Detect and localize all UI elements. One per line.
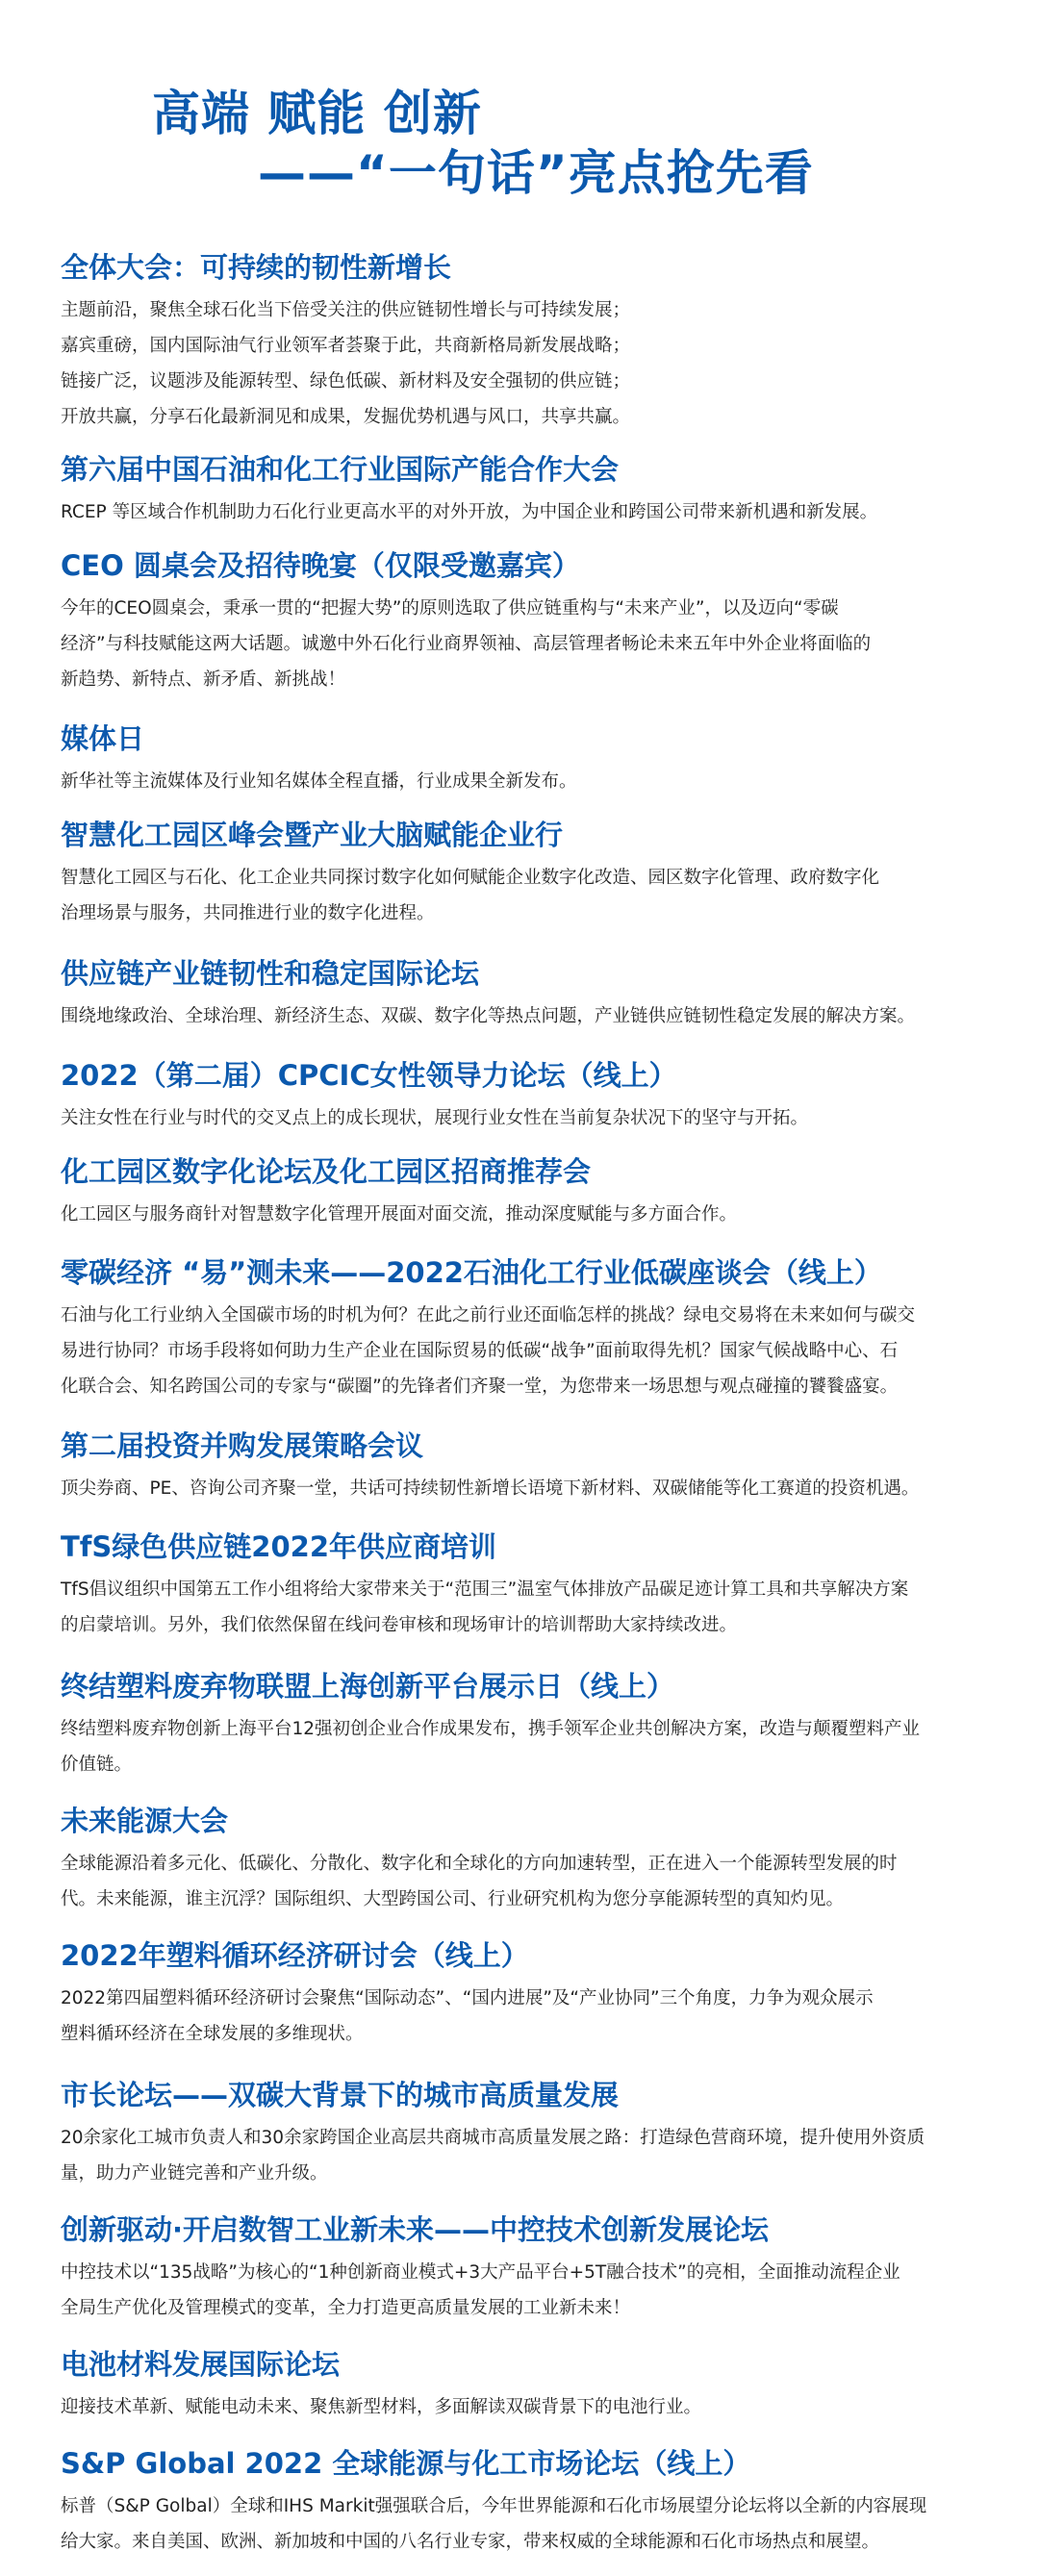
- section-body-line: 全局生产优化及管理模式的变革，全力打造更高质量发展的工业新未来！: [61, 2290, 984, 2326]
- section-body: 标普（S&P Golbal）全球和IHS Markit强强联合后，今年世界能源和…: [61, 2488, 984, 2560]
- section-body-line: 嘉宾重磅，国内国际油气行业领军者荟聚于此，共商新格局新发展战略；: [61, 328, 984, 364]
- section-title: CEO 圆桌会及招待晚宴（仅限受邀嘉宾）: [61, 546, 984, 585]
- section-body: 全球能源沿着多元化、低碳化、分散化、数字化和全球化的方向加速转型，正在进入一个能…: [61, 1846, 984, 1917]
- section-body-line: 代。未来能源，谁主沉浮？国际组织、大型跨国公司、行业研究机构为您分享能源转型的真…: [61, 1881, 984, 1917]
- section-body: 今年的CEO圆桌会，秉承一贯的“把握大势”的原则选取了供应链重构与“未来产业”，…: [61, 591, 984, 697]
- section-title: 2022年塑料循环经济研讨会（线上）: [61, 1936, 984, 1975]
- page-title-line1: 高端 赋能 创新: [152, 85, 482, 142]
- section-body-line: 新华社等主流媒体及行业知名媒体全程直播，行业成果全新发布。: [61, 764, 984, 799]
- page-title-line2: ——“一句话”亮点抢先看: [258, 144, 814, 202]
- section-body: 石油与化工行业纳入全国碳市场的时机为何？在此之前行业还面临怎样的挑战？绿电交易将…: [61, 1298, 984, 1404]
- section: 电池材料发展国际论坛迎接技术革新、赋能电动未来、聚焦新型材料，多面解读双碳背景下…: [61, 2345, 984, 2425]
- section-body-line: 中控技术以“135战略”为核心的“1种创新商业模式+3大产品平台+5T融合技术”…: [61, 2255, 984, 2290]
- section-body: 围绕地缘政治、全球治理、新经济生态、双碳、数字化等热点问题，产业链供应链韧性稳定…: [61, 998, 984, 1034]
- section-body-line: 化工园区与服务商针对智慧数字化管理开展面对面交流，推动深度赋能与多方面合作。: [61, 1197, 984, 1232]
- section-body-line: 化联合会、知名跨国公司的专家与“碳圈”的先锋者们齐聚一堂，为您带来一场思想与观点…: [61, 1369, 984, 1404]
- section-title: 2022（第二届）CPCIC女性领导力论坛（线上）: [61, 1056, 984, 1095]
- section-body-line: 新趋势、新特点、新矛盾、新挑战！: [61, 662, 984, 697]
- section-body-line: 20余家化工城市负责人和30余家跨国企业高层共商城市高质量发展之路：打造绿色营商…: [61, 2120, 984, 2156]
- section: 2022年塑料循环经济研讨会（线上）2022第四届塑料循环经济研讨会聚焦“国际动…: [61, 1936, 984, 2052]
- section-body-line: 今年的CEO圆桌会，秉承一贯的“把握大势”的原则选取了供应链重构与“未来产业”，…: [61, 591, 984, 626]
- section: 创新驱动·开启数智工业新未来——中控技术创新发展论坛中控技术以“135战略”为核…: [61, 2210, 984, 2326]
- section-body-line: 给大家。来自美国、欧洲、新加坡和中国的八名行业专家，带来权威的全球能源和石化市场…: [61, 2524, 984, 2560]
- section-body: 主题前沿，聚焦全球石化当下倍受关注的供应链韧性增长与可持续发展；嘉宾重磅，国内国…: [61, 292, 984, 435]
- section-body-line: 顶尖券商、PE、咨询公司齐聚一堂，共话可持续韧性新增长语境下新材料、双碳储能等化…: [61, 1471, 984, 1506]
- section-body-line: 全球能源沿着多元化、低碳化、分散化、数字化和全球化的方向加速转型，正在进入一个能…: [61, 1846, 984, 1881]
- section-body-line: 链接广泛，议题涉及能源转型、绿色低碳、新材料及安全强韧的供应链；: [61, 364, 984, 399]
- section-body-line: 关注女性在行业与时代的交叉点上的成长现状，展现行业女性在当前复杂状况下的坚守与开…: [61, 1100, 984, 1136]
- section-body: 关注女性在行业与时代的交叉点上的成长现状，展现行业女性在当前复杂状况下的坚守与开…: [61, 1100, 984, 1136]
- section-body-line: 易进行协同？市场手段将如何助力生产企业在国际贸易的低碳“战争”面前取得先机？国家…: [61, 1333, 984, 1369]
- section-body-line: RCEP 等区域合作机制助力石化行业更高水平的对外开放，为中国企业和跨国公司带来…: [61, 494, 984, 530]
- section: 媒体日新华社等主流媒体及行业知名媒体全程直播，行业成果全新发布。: [61, 720, 984, 799]
- section-body: 20余家化工城市负责人和30余家跨国企业高层共商城市高质量发展之路：打造绿色营商…: [61, 2120, 984, 2191]
- section-body: 2022第四届塑料循环经济研讨会聚焦“国际动态”、“国内进展”及“产业协同”三个…: [61, 1981, 984, 2052]
- section: 第二届投资并购发展策略会议顶尖券商、PE、咨询公司齐聚一堂，共话可持续韧性新增长…: [61, 1427, 984, 1506]
- section-body-line: 石油与化工行业纳入全国碳市场的时机为何？在此之前行业还面临怎样的挑战？绿电交易将…: [61, 1298, 984, 1333]
- section-title: 全体大会：可持续的韧性新增长: [61, 248, 984, 287]
- section-body: 中控技术以“135战略”为核心的“1种创新商业模式+3大产品平台+5T融合技术”…: [61, 2255, 984, 2326]
- section-body: 终结塑料废弃物创新上海平台12强初创企业合作成果发布，携手领军企业共创解决方案，…: [61, 1711, 984, 1782]
- section-body-line: 价值链。: [61, 1747, 984, 1782]
- section-body: 新华社等主流媒体及行业知名媒体全程直播，行业成果全新发布。: [61, 764, 984, 799]
- section-body-line: 量，助力产业链完善和产业升级。: [61, 2156, 984, 2191]
- section-body: 迎接技术革新、赋能电动未来、聚焦新型材料，多面解读双碳背景下的电池行业。: [61, 2389, 984, 2425]
- section: 零碳经济 “易”测未来——2022石油化工行业低碳座谈会（线上）石油与化工行业纳…: [61, 1253, 984, 1404]
- section-title: 智慧化工园区峰会暨产业大脑赋能企业行: [61, 816, 984, 854]
- section: 智慧化工园区峰会暨产业大脑赋能企业行智慧化工园区与石化、化工企业共同探讨数字化如…: [61, 816, 984, 931]
- section-title: 媒体日: [61, 720, 984, 758]
- section-title: S&P Global 2022 全球能源与化工市场论坛（线上）: [61, 2444, 984, 2483]
- section-body-line: 治理场景与服务，共同推进行业的数字化进程。: [61, 896, 984, 931]
- section: TfS绿色供应链2022年供应商培训TfS倡议组织中国第五工作小组将给大家带来关…: [61, 1528, 984, 1643]
- section-title: 第六届中国石油和化工行业国际产能合作大会: [61, 450, 984, 489]
- section-body: 化工园区与服务商针对智慧数字化管理开展面对面交流，推动深度赋能与多方面合作。: [61, 1197, 984, 1232]
- section-title: 创新驱动·开启数智工业新未来——中控技术创新发展论坛: [61, 2210, 984, 2249]
- section-title: 化工园区数字化论坛及化工园区招商推荐会: [61, 1152, 984, 1191]
- section-title: 未来能源大会: [61, 1802, 984, 1840]
- section: 全体大会：可持续的韧性新增长主题前沿，聚焦全球石化当下倍受关注的供应链韧性增长与…: [61, 248, 984, 435]
- section-title: 零碳经济 “易”测未来——2022石油化工行业低碳座谈会（线上）: [61, 1253, 984, 1292]
- section: 2022（第二届）CPCIC女性领导力论坛（线上）关注女性在行业与时代的交叉点上…: [61, 1056, 984, 1136]
- section-body-line: 塑料循环经济在全球发展的多维现状。: [61, 2016, 984, 2052]
- section-body-line: 经济”与科技赋能这两大话题。诚邀中外石化行业商界领袖、高层管理者畅论未来五年中外…: [61, 626, 984, 662]
- section-body-line: 标普（S&P Golbal）全球和IHS Markit强强联合后，今年世界能源和…: [61, 2488, 984, 2524]
- section-body-line: TfS倡议组织中国第五工作小组将给大家带来关于“范围三”温室气体排放产品碳足迹计…: [61, 1572, 984, 1607]
- section: 化工园区数字化论坛及化工园区招商推荐会化工园区与服务商针对智慧数字化管理开展面对…: [61, 1152, 984, 1232]
- section-body-line: 迎接技术革新、赋能电动未来、聚焦新型材料，多面解读双碳背景下的电池行业。: [61, 2389, 984, 2425]
- section-body-line: 主题前沿，聚焦全球石化当下倍受关注的供应链韧性增长与可持续发展；: [61, 292, 984, 328]
- section-title: 市长论坛——双碳大背景下的城市高质量发展: [61, 2076, 984, 2114]
- section-body: 智慧化工园区与石化、化工企业共同探讨数字化如何赋能企业数字化改造、园区数字化管理…: [61, 860, 984, 931]
- section-body: RCEP 等区域合作机制助力石化行业更高水平的对外开放，为中国企业和跨国公司带来…: [61, 494, 984, 530]
- section-body-line: 2022第四届塑料循环经济研讨会聚焦“国际动态”、“国内进展”及“产业协同”三个…: [61, 1981, 984, 2016]
- section: 终结塑料废弃物联盟上海创新平台展示日（线上）终结塑料废弃物创新上海平台12强初创…: [61, 1667, 984, 1782]
- section-body-line: 的启蒙培训。另外，我们依然保留在线问卷审核和现场审计的培训帮助大家持续改进。: [61, 1607, 984, 1643]
- section: 第六届中国石油和化工行业国际产能合作大会RCEP 等区域合作机制助力石化行业更高…: [61, 450, 984, 530]
- section-title: 第二届投资并购发展策略会议: [61, 1427, 984, 1465]
- section-title: 电池材料发展国际论坛: [61, 2345, 984, 2384]
- section-body: TfS倡议组织中国第五工作小组将给大家带来关于“范围三”温室气体排放产品碳足迹计…: [61, 1572, 984, 1643]
- section: CEO 圆桌会及招待晚宴（仅限受邀嘉宾）今年的CEO圆桌会，秉承一贯的“把握大势…: [61, 546, 984, 697]
- section-body-line: 终结塑料废弃物创新上海平台12强初创企业合作成果发布，携手领军企业共创解决方案，…: [61, 1711, 984, 1747]
- section-body-line: 开放共赢，分享石化最新洞见和成果，发掘优势机遇与风口，共享共赢。: [61, 399, 984, 435]
- section-body-line: 智慧化工园区与石化、化工企业共同探讨数字化如何赋能企业数字化改造、园区数字化管理…: [61, 860, 984, 896]
- section: S&P Global 2022 全球能源与化工市场论坛（线上）标普（S&P Go…: [61, 2444, 984, 2560]
- section: 市长论坛——双碳大背景下的城市高质量发展20余家化工城市负责人和30余家跨国企业…: [61, 2076, 984, 2191]
- section-body: 顶尖券商、PE、咨询公司齐聚一堂，共话可持续韧性新增长语境下新材料、双碳储能等化…: [61, 1471, 984, 1506]
- section-title: TfS绿色供应链2022年供应商培训: [61, 1528, 984, 1566]
- section-title: 终结塑料废弃物联盟上海创新平台展示日（线上）: [61, 1667, 984, 1705]
- section: 供应链产业链韧性和稳定国际论坛围绕地缘政治、全球治理、新经济生态、双碳、数字化等…: [61, 954, 984, 1034]
- section-title: 供应链产业链韧性和稳定国际论坛: [61, 954, 984, 993]
- section: 未来能源大会全球能源沿着多元化、低碳化、分散化、数字化和全球化的方向加速转型，正…: [61, 1802, 984, 1917]
- section-body-line: 围绕地缘政治、全球治理、新经济生态、双碳、数字化等热点问题，产业链供应链韧性稳定…: [61, 998, 984, 1034]
